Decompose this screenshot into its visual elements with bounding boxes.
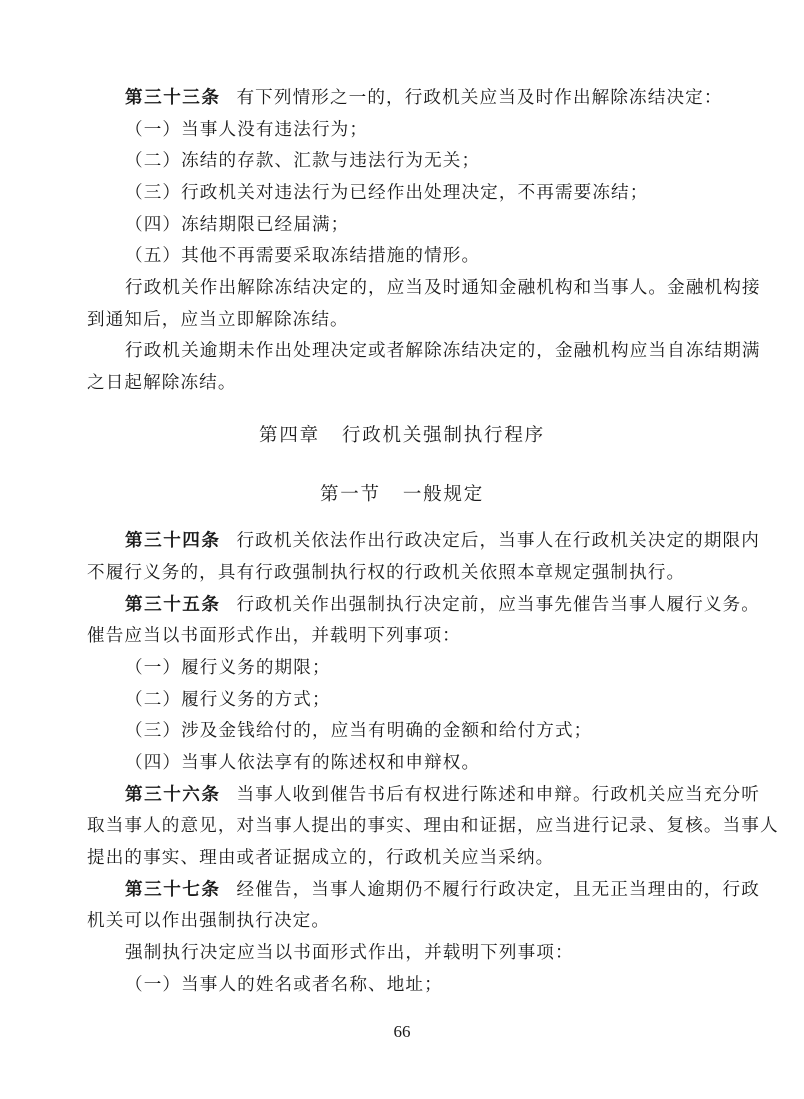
chapter-heading: 第四章行政机关强制执行程序 <box>0 423 804 449</box>
paragraph-line: 催告应当以书面形式作出，并载明下列事项： <box>87 624 732 648</box>
article-label: 第三十四条 <box>125 531 220 551</box>
paragraph-line: 不履行义务的，具有行政强制执行权的行政机关依照本章规定强制执行。 <box>87 561 732 585</box>
article-34-line: 第三十四条行政机关依法作出行政决定后，当事人在行政机关决定的期限内 <box>125 529 732 553</box>
list-item: （三）行政机关对违法行为已经作出处理决定，不再需要冻结； <box>125 181 732 205</box>
article-label: 第三十七条 <box>125 880 220 900</box>
article-label: 第三十六条 <box>125 785 220 805</box>
paragraph-line: 机关可以作出强制执行决定。 <box>87 909 732 933</box>
list-item: （一）当事人没有违法行为； <box>125 118 732 142</box>
page-number: 66 <box>0 1022 804 1042</box>
paragraph-line: 行政机关作出解除冻结决定的，应当及时通知金融机构和当事人。金融机构接 <box>125 276 732 300</box>
article-36-line: 第三十六条当事人收到催告书后有权进行陈述和申辩。行政机关应当充分听 <box>125 783 732 807</box>
article-37-line: 第三十七条经催告，当事人逾期仍不履行行政决定，且无正当理由的，行政 <box>125 878 732 902</box>
paragraph-line: 提出的事实、理由或者证据成立的，行政机关应当采纳。 <box>87 846 732 870</box>
article-label: 第三十三条 <box>125 88 220 108</box>
paragraph-line: 到通知后，应当立即解除冻结。 <box>87 308 732 332</box>
section-heading: 第一节一般规定 <box>0 482 804 508</box>
list-item: （二）履行义务的方式； <box>125 688 732 712</box>
list-item: （三）涉及金钱给付的，应当有明确的金额和给付方式； <box>125 719 732 743</box>
list-item: （一）履行义务的期限； <box>125 656 732 680</box>
article-33-intro: 第三十三条有下列情形之一的，行政机关应当及时作出解除冻结决定： <box>125 86 732 110</box>
article-label: 第三十五条 <box>125 595 220 615</box>
paragraph-line: 取当事人的意见，对当事人提出的事实、理由和证据，应当进行记录、复核。当事人 <box>87 814 732 838</box>
list-item: （一）当事人的姓名或者名称、地址； <box>125 973 732 997</box>
paragraph-line: 行政机关逾期未作出处理决定或者解除冻结决定的，金融机构应当自冻结期满 <box>125 339 732 363</box>
article-35-line: 第三十五条行政机关作出强制执行决定前，应当事先催告当事人履行义务。 <box>125 593 732 617</box>
list-item: （四）当事人依法享有的陈述权和申辩权。 <box>125 751 732 775</box>
list-item: （二）冻结的存款、汇款与违法行为无关； <box>125 149 732 173</box>
paragraph-line: 强制执行决定应当以书面形式作出，并载明下列事项： <box>125 941 732 965</box>
list-item: （四）冻结期限已经届满； <box>125 213 732 237</box>
document-page: 第三十三条有下列情形之一的，行政机关应当及时作出解除冻结决定： （一）当事人没有… <box>0 0 804 1099</box>
paragraph-line: 之日起解除冻结。 <box>87 371 732 395</box>
list-item: （五）其他不再需要采取冻结措施的情形。 <box>125 244 732 268</box>
